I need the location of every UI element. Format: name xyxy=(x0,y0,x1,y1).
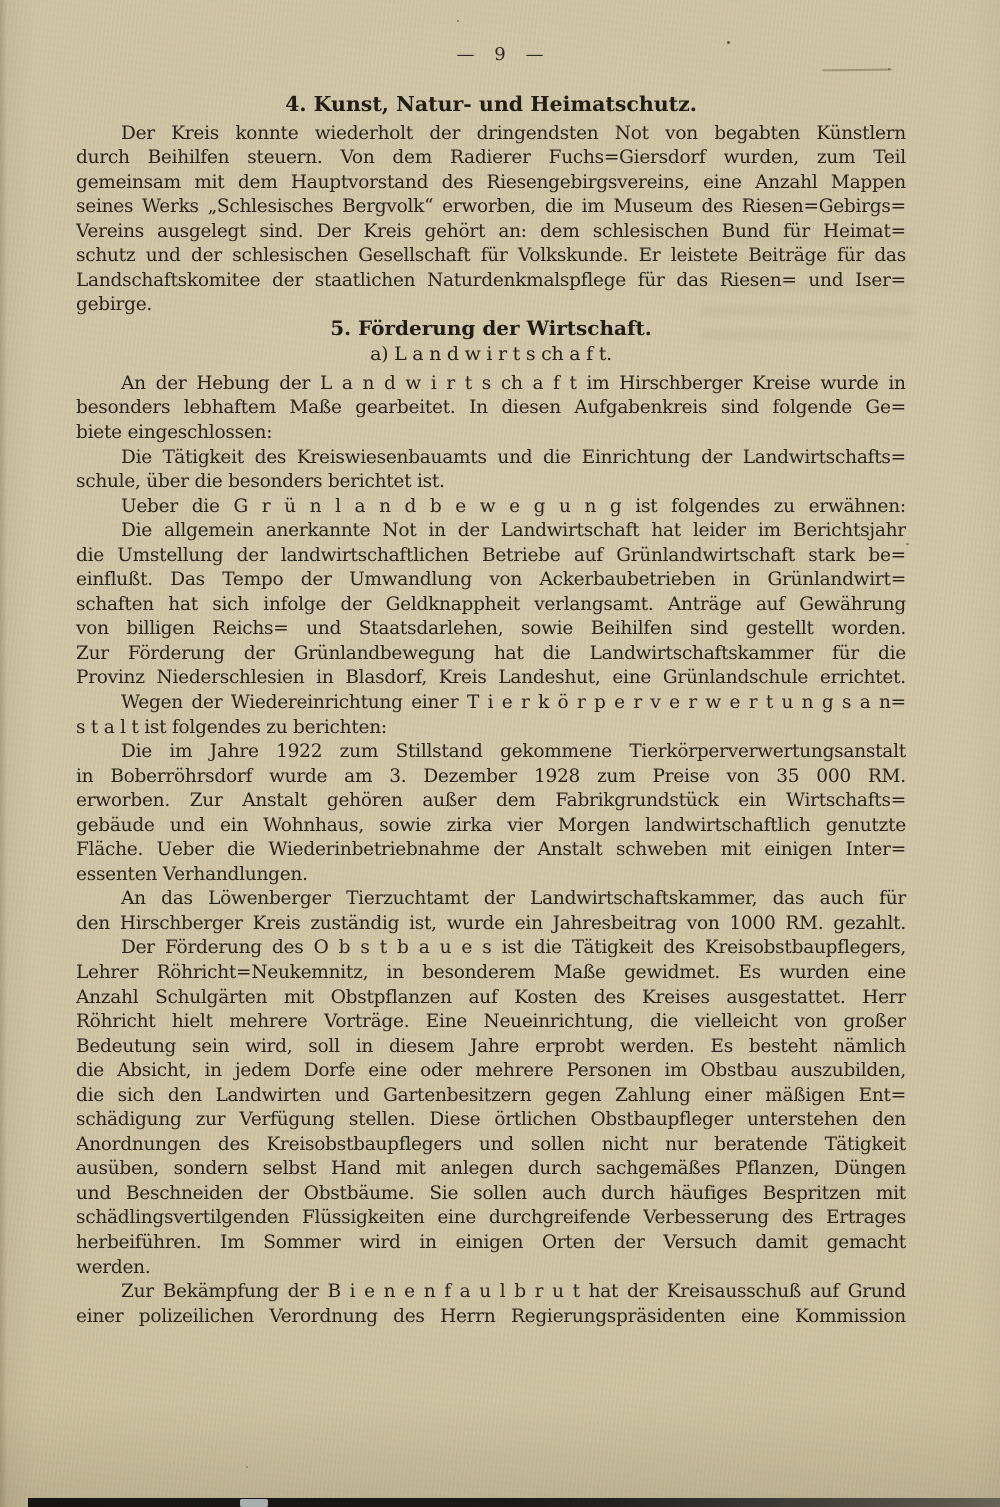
word: eine xyxy=(437,1206,476,1231)
word: Tätigkeit xyxy=(163,446,244,471)
word: Tierzuchtamt xyxy=(346,887,468,912)
word: der xyxy=(627,1280,658,1305)
word: Der xyxy=(121,936,155,961)
text-line: LandschaftskomiteederstaatlichenNaturden… xyxy=(76,269,906,294)
word: in xyxy=(204,1059,221,1084)
word: der xyxy=(429,122,460,147)
word: Inter= xyxy=(846,838,906,863)
word: a xyxy=(355,495,366,520)
word: r xyxy=(688,691,697,716)
word: g xyxy=(822,691,834,716)
word: Sie xyxy=(429,1182,458,1207)
word: Kreisobstbaupflegers, xyxy=(705,936,906,961)
word: Heimat= xyxy=(823,220,906,245)
word: ch xyxy=(501,372,523,397)
word: Künstlern xyxy=(816,122,906,147)
word: und xyxy=(335,1084,370,1109)
word: die xyxy=(76,544,104,569)
word: Staatsdarlehen, xyxy=(359,617,504,642)
text-line: gebäudeundeinWohnhaus,sowiezirkavierMorg… xyxy=(76,814,906,839)
word: den xyxy=(76,912,110,937)
text-line: schule, über die besonders berichtet ist… xyxy=(76,470,906,495)
word: erworben, xyxy=(442,195,536,220)
word: Hirschberger xyxy=(619,372,742,397)
word: Provinz xyxy=(76,666,145,691)
word: Iser= xyxy=(855,269,906,294)
word: hat xyxy=(651,519,681,544)
word: folgendes xyxy=(671,495,760,520)
word: r xyxy=(577,691,586,716)
text-line: AndasLöwenbergerTierzuchtamtderLandwirts… xyxy=(76,887,906,912)
word: der xyxy=(191,244,222,269)
word: Obstbau xyxy=(700,1059,777,1084)
word: hat xyxy=(589,1280,619,1305)
word: im xyxy=(587,372,610,397)
word: Ueber xyxy=(121,495,178,520)
word: worden. xyxy=(831,617,906,642)
word: Eine xyxy=(426,1010,467,1035)
word: ausgelegt xyxy=(157,220,246,245)
word: der xyxy=(340,593,371,618)
word: den xyxy=(872,1108,906,1133)
word: Löwenberger xyxy=(208,887,331,912)
word: Volkskunde. xyxy=(518,244,628,269)
word: nicht xyxy=(602,1133,648,1158)
word: der xyxy=(156,372,187,397)
word: wurden xyxy=(779,961,849,986)
word: die xyxy=(192,495,220,520)
word: von xyxy=(76,617,109,642)
word: hat xyxy=(494,642,524,667)
word: am xyxy=(344,765,372,790)
word: Fuchs=Giersdorf xyxy=(549,146,706,171)
word: allgemein xyxy=(164,519,254,544)
word: L xyxy=(320,372,332,397)
word: Grünlandwirt= xyxy=(768,568,906,593)
word: sind xyxy=(690,617,728,642)
word: Wegen xyxy=(121,691,183,716)
word: mit xyxy=(876,1182,906,1207)
word: Riesen= xyxy=(720,269,797,294)
word: besteht xyxy=(749,1035,817,1060)
word: und xyxy=(170,814,205,839)
page-edge-shading xyxy=(0,0,7,1507)
word: zum xyxy=(597,765,635,790)
word: b xyxy=(397,936,409,961)
word: Not xyxy=(615,122,649,147)
word: Einrichtung xyxy=(582,446,691,471)
word: w xyxy=(405,372,421,397)
text-line: gemeinsammitdemHauptvorstanddesRiesengeb… xyxy=(76,171,906,196)
word: Landwirtschaft xyxy=(501,519,640,544)
word: Radierer xyxy=(450,146,531,171)
word: Absicht, xyxy=(117,1059,191,1084)
word: sollen xyxy=(473,1182,527,1207)
word: in xyxy=(733,568,750,593)
word: schlesischen xyxy=(593,220,709,245)
word: des xyxy=(594,986,626,1011)
word: großer xyxy=(843,1010,905,1035)
text-line: Bedeutungseinwird,sollindiesemJahreerpro… xyxy=(76,1035,906,1060)
word: in xyxy=(387,961,404,986)
word: e xyxy=(669,691,680,716)
paper-speck xyxy=(246,1466,248,1468)
word: im xyxy=(664,1059,687,1084)
word: Mappen xyxy=(831,171,906,196)
word: wurden, xyxy=(724,146,799,171)
word: T xyxy=(467,691,479,716)
word: Wirtschafts= xyxy=(786,789,906,814)
word: und xyxy=(497,446,532,471)
word: Verbesserung xyxy=(643,1206,769,1231)
word: a xyxy=(419,936,430,961)
word: staatlichen xyxy=(315,269,416,294)
word: durch xyxy=(76,146,130,171)
word: Tempo xyxy=(222,568,283,593)
word: e xyxy=(364,1280,375,1305)
word: Grund xyxy=(848,1280,906,1305)
word: Die xyxy=(121,740,152,765)
text-line: AnderHebungderLandwirtschaftimHirschberg… xyxy=(76,372,906,397)
word: unterstehen xyxy=(747,1108,858,1133)
word: b xyxy=(339,936,351,961)
word: e xyxy=(455,495,466,520)
word: i xyxy=(488,691,494,716)
word: Anordnungen xyxy=(76,1133,201,1158)
word: gehört xyxy=(425,220,486,245)
word: der xyxy=(701,446,732,471)
word: und xyxy=(146,244,181,269)
word: Hebung xyxy=(196,372,269,397)
word: Geldknappheit xyxy=(386,593,520,618)
word: Beiträge xyxy=(748,244,827,269)
word: r xyxy=(521,691,530,716)
word: Boberröhrsdorf xyxy=(110,765,252,790)
subsection-heading-landwirtschaft: a) L a n d w i r t s ch a f t. xyxy=(76,342,906,367)
word: Obstpflanzen xyxy=(331,986,452,1011)
word: Es xyxy=(738,961,761,986)
section-heading-foerderung-wirtschaft: 5. Förderung der Wirtschaft. xyxy=(76,316,906,341)
word: An xyxy=(121,372,146,397)
text-line: einerpolizeilichenVerordnungdesHerrnRegi… xyxy=(76,1305,906,1330)
word: Vorträge. xyxy=(324,1010,409,1035)
word: Kreis xyxy=(439,666,487,691)
word: sollen xyxy=(531,1133,585,1158)
word: der xyxy=(484,887,515,912)
word: r xyxy=(633,691,642,716)
word: ein xyxy=(738,789,766,814)
word: RM. xyxy=(785,912,823,937)
word: des xyxy=(393,1305,425,1330)
word: Fläche. xyxy=(76,838,143,863)
word: Der xyxy=(316,220,350,245)
word: Tätigkeit xyxy=(825,1133,906,1158)
word: beratende xyxy=(714,1133,808,1158)
word: Jahresbeitrag xyxy=(553,912,677,937)
word: Bekämpfung xyxy=(163,1280,279,1305)
word: Hand xyxy=(331,1157,381,1182)
word: des xyxy=(663,936,695,961)
word: u xyxy=(782,691,794,716)
word: einer xyxy=(411,691,458,716)
word: besonderem xyxy=(422,961,535,986)
word: Röhricht xyxy=(76,1010,155,1035)
word: n xyxy=(384,1280,396,1305)
word: leider xyxy=(693,519,746,544)
word: Von xyxy=(341,146,375,171)
word: ist, xyxy=(409,912,437,937)
word: g xyxy=(610,495,622,520)
word: Kommission xyxy=(795,1305,906,1330)
text-line: schutzundderschlesischenGesellschaftfürV… xyxy=(76,244,906,269)
text-line: seinesWerks„SchlesischesBergvolk“erworbe… xyxy=(76,195,906,220)
word: lebhaftem xyxy=(184,396,276,421)
word: Maße xyxy=(289,396,341,421)
word: schutz xyxy=(76,244,135,269)
word: einflußt. xyxy=(76,568,153,593)
word: Verordnung xyxy=(269,1305,377,1330)
word: RM. xyxy=(868,765,906,790)
page-number: — 9 — xyxy=(0,44,1000,65)
word: 1928 xyxy=(534,765,580,790)
word: O xyxy=(314,936,329,961)
word: der xyxy=(301,568,332,593)
word: von xyxy=(727,765,760,790)
word: schlesischen xyxy=(232,244,348,269)
word: Umstellung xyxy=(117,544,223,569)
word: Düngen xyxy=(834,1157,906,1182)
word: Das xyxy=(170,568,205,593)
word: gebäude xyxy=(76,814,155,839)
word: des xyxy=(442,171,474,196)
word: im xyxy=(169,740,192,765)
word: auf xyxy=(810,1280,839,1305)
word: die xyxy=(227,838,255,863)
text-line: RöhrichthieltmehrereVorträge.EineNeueinr… xyxy=(76,1010,906,1035)
word: Grünlandwirtschaft xyxy=(616,544,795,569)
word: f xyxy=(444,1280,451,1305)
word: Werks xyxy=(142,195,199,220)
word: und xyxy=(76,1182,111,1207)
word: stark xyxy=(808,544,855,569)
word: die xyxy=(543,446,571,471)
word: folgende xyxy=(773,396,852,421)
word: Kreisobstbaupflegers xyxy=(266,1133,461,1158)
word: genutzte xyxy=(826,814,906,839)
text-line: inBoberröhrsdorfwurdeam3.Dezember1928zum… xyxy=(76,765,906,790)
word: a xyxy=(460,1280,471,1305)
word: Tierkörperverwertungsanstalt xyxy=(629,740,906,765)
word: einer xyxy=(76,1305,123,1330)
word: Jahre xyxy=(210,740,259,765)
word: dem xyxy=(496,789,536,814)
word: Ackerbaubetrieben xyxy=(539,568,715,593)
word: Verfügung xyxy=(239,1108,334,1133)
word: gestellt xyxy=(746,617,814,642)
word: eine xyxy=(867,961,906,986)
word: 35 xyxy=(776,765,799,790)
word: v xyxy=(650,691,660,716)
word: Obstbaupfleger xyxy=(591,1108,733,1133)
scan-edge-artifact xyxy=(28,1498,1000,1507)
word: e xyxy=(461,936,472,961)
word: Förderung xyxy=(165,936,262,961)
word: Gartenbesitzern xyxy=(383,1084,531,1109)
word: B xyxy=(327,1280,340,1305)
word: Zahlung xyxy=(615,1084,691,1109)
word: Dorfe xyxy=(304,1059,355,1084)
word: mäßigen xyxy=(765,1084,845,1109)
word: Anstalt xyxy=(242,789,307,814)
word: Ueber xyxy=(157,838,214,863)
word: ausüben, xyxy=(76,1157,159,1182)
word: Pflanzen, xyxy=(735,1157,819,1182)
word: Grünlandschule xyxy=(663,666,808,691)
word: in xyxy=(419,1231,436,1256)
word: e xyxy=(509,495,520,520)
word: Landeshut, xyxy=(498,666,600,691)
word: ist xyxy=(635,495,657,520)
word: konnte xyxy=(235,122,298,147)
word: Hauptvorstand xyxy=(291,171,428,196)
word: n xyxy=(424,1280,436,1305)
word: Es xyxy=(710,1035,733,1060)
word: Zur xyxy=(121,1280,154,1305)
word: n xyxy=(584,495,596,520)
word: b xyxy=(430,495,442,520)
word: für xyxy=(783,220,810,245)
word: Sommer xyxy=(263,1231,340,1256)
word: d xyxy=(405,495,417,520)
word: und xyxy=(808,269,843,294)
word: seines xyxy=(76,195,133,220)
word: Landwirtschafts= xyxy=(743,446,906,471)
word: in xyxy=(316,666,333,691)
word: landwirtschaftlichen xyxy=(281,544,469,569)
word: t xyxy=(766,691,773,716)
word: u xyxy=(440,936,452,961)
word: p xyxy=(594,691,606,716)
word: ein xyxy=(515,912,543,937)
scanned-document-page: — 9 — 4. Kunst, Natur- und Heimatschutz.… xyxy=(0,0,1000,1507)
word: Aufgabenkreis xyxy=(574,396,707,421)
word: besonders xyxy=(76,396,170,421)
word: Kreiswiesenbauamts xyxy=(297,446,487,471)
word: l xyxy=(500,1280,506,1305)
word: und xyxy=(306,617,341,642)
word: von xyxy=(665,122,698,147)
word: ö xyxy=(558,691,569,716)
word: Ent= xyxy=(859,1084,906,1109)
word: des xyxy=(782,1206,814,1231)
word: Schulgärten xyxy=(155,986,267,1011)
word: Der xyxy=(121,122,155,147)
word: Hirschberger xyxy=(120,912,243,937)
word: zu xyxy=(774,495,795,520)
word: sowie xyxy=(379,814,431,839)
word: sein xyxy=(192,1035,229,1060)
word: sind xyxy=(721,396,759,421)
word: t xyxy=(569,372,576,397)
word: die xyxy=(76,1084,104,1109)
word: ist xyxy=(502,936,524,961)
word: Lehrer xyxy=(76,961,138,986)
text-line: essenten Verhandlungen. xyxy=(76,863,906,888)
word: vielleicht xyxy=(695,1010,778,1035)
word: einer xyxy=(704,1084,751,1109)
word: mit xyxy=(284,986,314,1011)
word: gemeinsam xyxy=(76,171,181,196)
word: außer xyxy=(422,789,476,814)
word: Versuch xyxy=(663,1231,736,1256)
word: soll xyxy=(308,1035,339,1060)
word: wird, xyxy=(245,1035,292,1060)
word: u xyxy=(559,495,571,520)
word: damit xyxy=(755,1231,808,1256)
word: zum xyxy=(817,146,855,171)
word: des xyxy=(272,936,304,961)
word: Die xyxy=(121,446,152,471)
word: der xyxy=(244,642,275,667)
text-line: DerFörderungdesObstbauesistdieTätigkeitd… xyxy=(76,936,906,961)
word: selbst xyxy=(263,1157,317,1182)
word: Landschaftskomitee xyxy=(76,269,260,294)
word: Berichtsjahr xyxy=(793,519,906,544)
word: der xyxy=(191,691,222,716)
word: erworben. xyxy=(76,789,170,814)
word: das xyxy=(676,269,708,294)
text-line: undBeschneidenderObstbäume.Siesollenauch… xyxy=(76,1182,906,1207)
word: leistete xyxy=(671,244,738,269)
word: zur xyxy=(196,1108,226,1133)
word: n xyxy=(379,495,391,520)
text-line: ZurBekämpfungderBienenfaulbruthatderKrei… xyxy=(76,1280,906,1305)
word: oder xyxy=(420,1059,462,1084)
word: auf xyxy=(756,593,785,618)
word: von xyxy=(794,1010,827,1035)
word: der xyxy=(493,838,524,863)
word: wiederholt xyxy=(315,122,413,147)
word: an: xyxy=(498,220,526,245)
word: Herr xyxy=(862,986,906,1011)
word: Personen xyxy=(566,1059,651,1084)
text-line: DieimJahre1922zumStillstandgekommeneTier… xyxy=(76,740,906,765)
word: sondern xyxy=(174,1157,248,1182)
word: Im xyxy=(220,1231,244,1256)
word: in xyxy=(888,372,905,397)
text-line: DieTätigkeitdesKreiswiesenbauamtsunddieE… xyxy=(76,446,906,471)
text-line: ProvinzNiederschlesieninBlasdorf,KreisLa… xyxy=(76,666,906,691)
word: k xyxy=(538,691,549,716)
word: auszubilden, xyxy=(791,1059,906,1084)
word: Wiederinbetriebnahme xyxy=(269,838,480,863)
word: Diese xyxy=(429,1108,480,1133)
word: wurde xyxy=(820,372,878,397)
word: Bergvolk“ xyxy=(342,195,433,220)
word: e xyxy=(614,691,625,716)
word: von xyxy=(489,568,522,593)
word: Kosten xyxy=(514,986,577,1011)
word: Neueinrichtung, xyxy=(484,1010,634,1035)
word: diesen xyxy=(501,396,561,421)
word: gezahlt. xyxy=(833,912,906,937)
word: hat xyxy=(168,593,198,618)
word: der xyxy=(237,544,268,569)
word: w xyxy=(705,691,721,716)
text-line: DieallgemeinanerkannteNotinderLandwirtsc… xyxy=(76,519,906,544)
text-line: diesichdenLandwirtenundGartenbesitzernge… xyxy=(76,1084,906,1109)
word: schaften xyxy=(76,593,154,618)
